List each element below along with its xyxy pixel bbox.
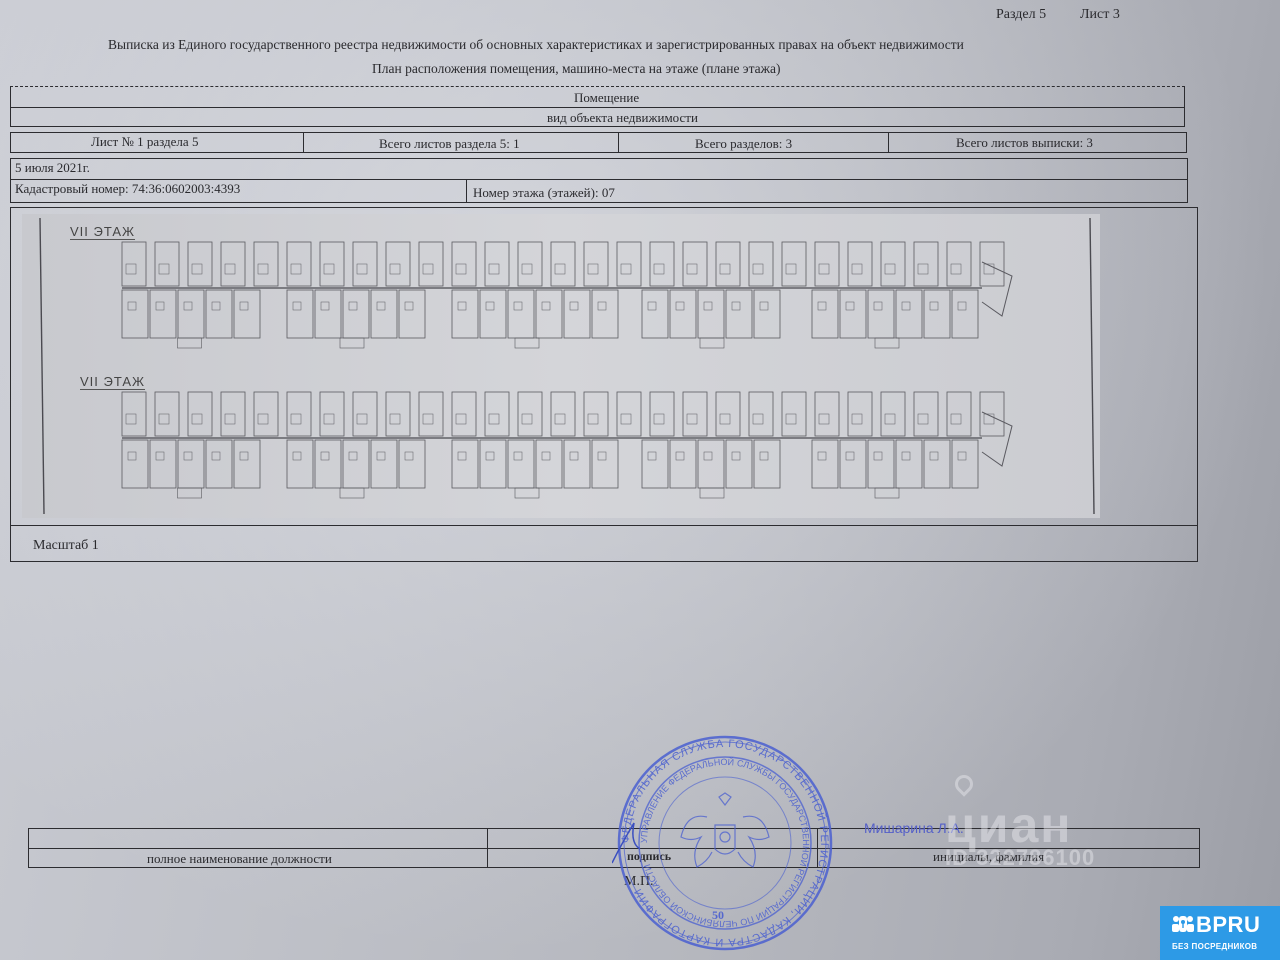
cadastral-number: Кадастровый номер: 74:36:0602003:4393 bbox=[15, 181, 240, 197]
official-stamp: ФЕДЕРАЛЬНАЯ СЛУЖБА ГОСУДАРСТВЕННОЙ РЕГИС… bbox=[612, 735, 838, 951]
sheets-info-row: Лист № 1 раздела 5 Всего листов раздела … bbox=[10, 132, 1187, 153]
total-sheets-extract: Всего листов выписки: 3 bbox=[956, 135, 1093, 151]
badge-name: BPRU bbox=[1196, 912, 1260, 938]
badge-subtitle: БЕЗ ПОСРЕДНИКОВ bbox=[1172, 942, 1257, 951]
section-number: Раздел 5 bbox=[996, 7, 1046, 23]
coat-of-arms-icon bbox=[681, 793, 769, 867]
cadastral-block: 5 июля 2021г. Кадастровый номер: 74:36:0… bbox=[10, 158, 1188, 203]
position-label: полное наименование должности bbox=[147, 851, 332, 867]
stamp-outer-text: ФЕДЕРАЛЬНАЯ СЛУЖБА ГОСУДАРСТВЕННОЙ РЕГИС… bbox=[620, 738, 830, 948]
map-pin-icon bbox=[951, 771, 976, 796]
document-title: Выписка из Единого государственного реес… bbox=[108, 37, 964, 53]
document-subtitle: План расположения помещения, машино-мест… bbox=[372, 61, 780, 77]
floor-number: Номер этажа (этажей): 07 bbox=[473, 185, 615, 201]
object-type-value: Помещение bbox=[574, 90, 639, 106]
svg-text:ФЕДЕРАЛЬНАЯ СЛУЖБА ГОСУДАРСТВЕ: ФЕДЕРАЛЬНАЯ СЛУЖБА ГОСУДАРСТВЕННОЙ РЕГИС… bbox=[620, 738, 830, 948]
bpru-badge[interactable]: BPRU БЕЗ ПОСРЕДНИКОВ bbox=[1160, 906, 1280, 960]
floor-plan-drawing bbox=[22, 214, 1100, 518]
object-type-label: вид объекта недвижимости bbox=[547, 110, 698, 126]
sheet-number: Лист 3 bbox=[1080, 7, 1120, 23]
watermark-id: ID 322786100 bbox=[945, 845, 1095, 871]
people-key-icon bbox=[1172, 914, 1194, 934]
extract-date: 5 июля 2021г. bbox=[15, 160, 90, 176]
object-type-block: Помещение вид объекта недвижимости bbox=[10, 86, 1185, 127]
total-sections: Всего разделов: 3 bbox=[695, 136, 792, 152]
stamp-number: 50 bbox=[712, 908, 724, 922]
floor-plan-image: VII ЭТАЖ VII ЭТАЖ bbox=[22, 214, 1100, 518]
document-page: Раздел 5 Лист 3 Выписка из Единого госуд… bbox=[0, 0, 1280, 960]
floor-label-bottom: VII ЭТАЖ bbox=[80, 374, 145, 390]
sheet-number-of-section: Лист № 1 раздела 5 bbox=[91, 134, 198, 150]
scale-label: Масштаб 1 bbox=[33, 538, 99, 554]
floor-label-top: VII ЭТАЖ bbox=[70, 224, 135, 240]
total-sheets-section: Всего листов раздела 5: 1 bbox=[379, 136, 520, 152]
